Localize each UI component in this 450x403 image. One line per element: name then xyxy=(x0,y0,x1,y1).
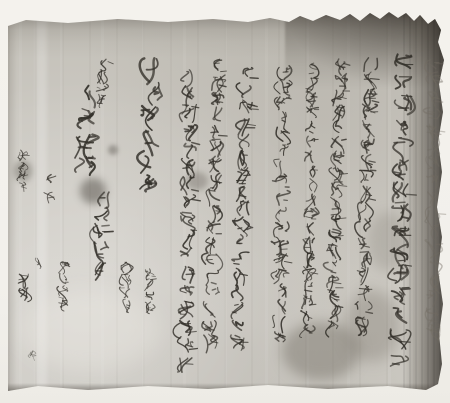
light-patch xyxy=(20,290,160,370)
manuscript-paper xyxy=(8,12,445,392)
paper-right-dark-edge xyxy=(403,12,445,392)
paper-left-edge-shadow xyxy=(8,12,17,392)
manuscript-photograph xyxy=(0,0,450,403)
ink-blot-stain xyxy=(80,178,106,204)
smudge-stain xyxy=(186,172,208,190)
bottom-right-stain xyxy=(345,290,400,362)
right-mottling-stain xyxy=(368,212,408,272)
paper-bottom-edge-shadow xyxy=(8,383,445,392)
small-speck-stain xyxy=(108,145,118,155)
left-edge-ink-blot xyxy=(14,160,32,182)
